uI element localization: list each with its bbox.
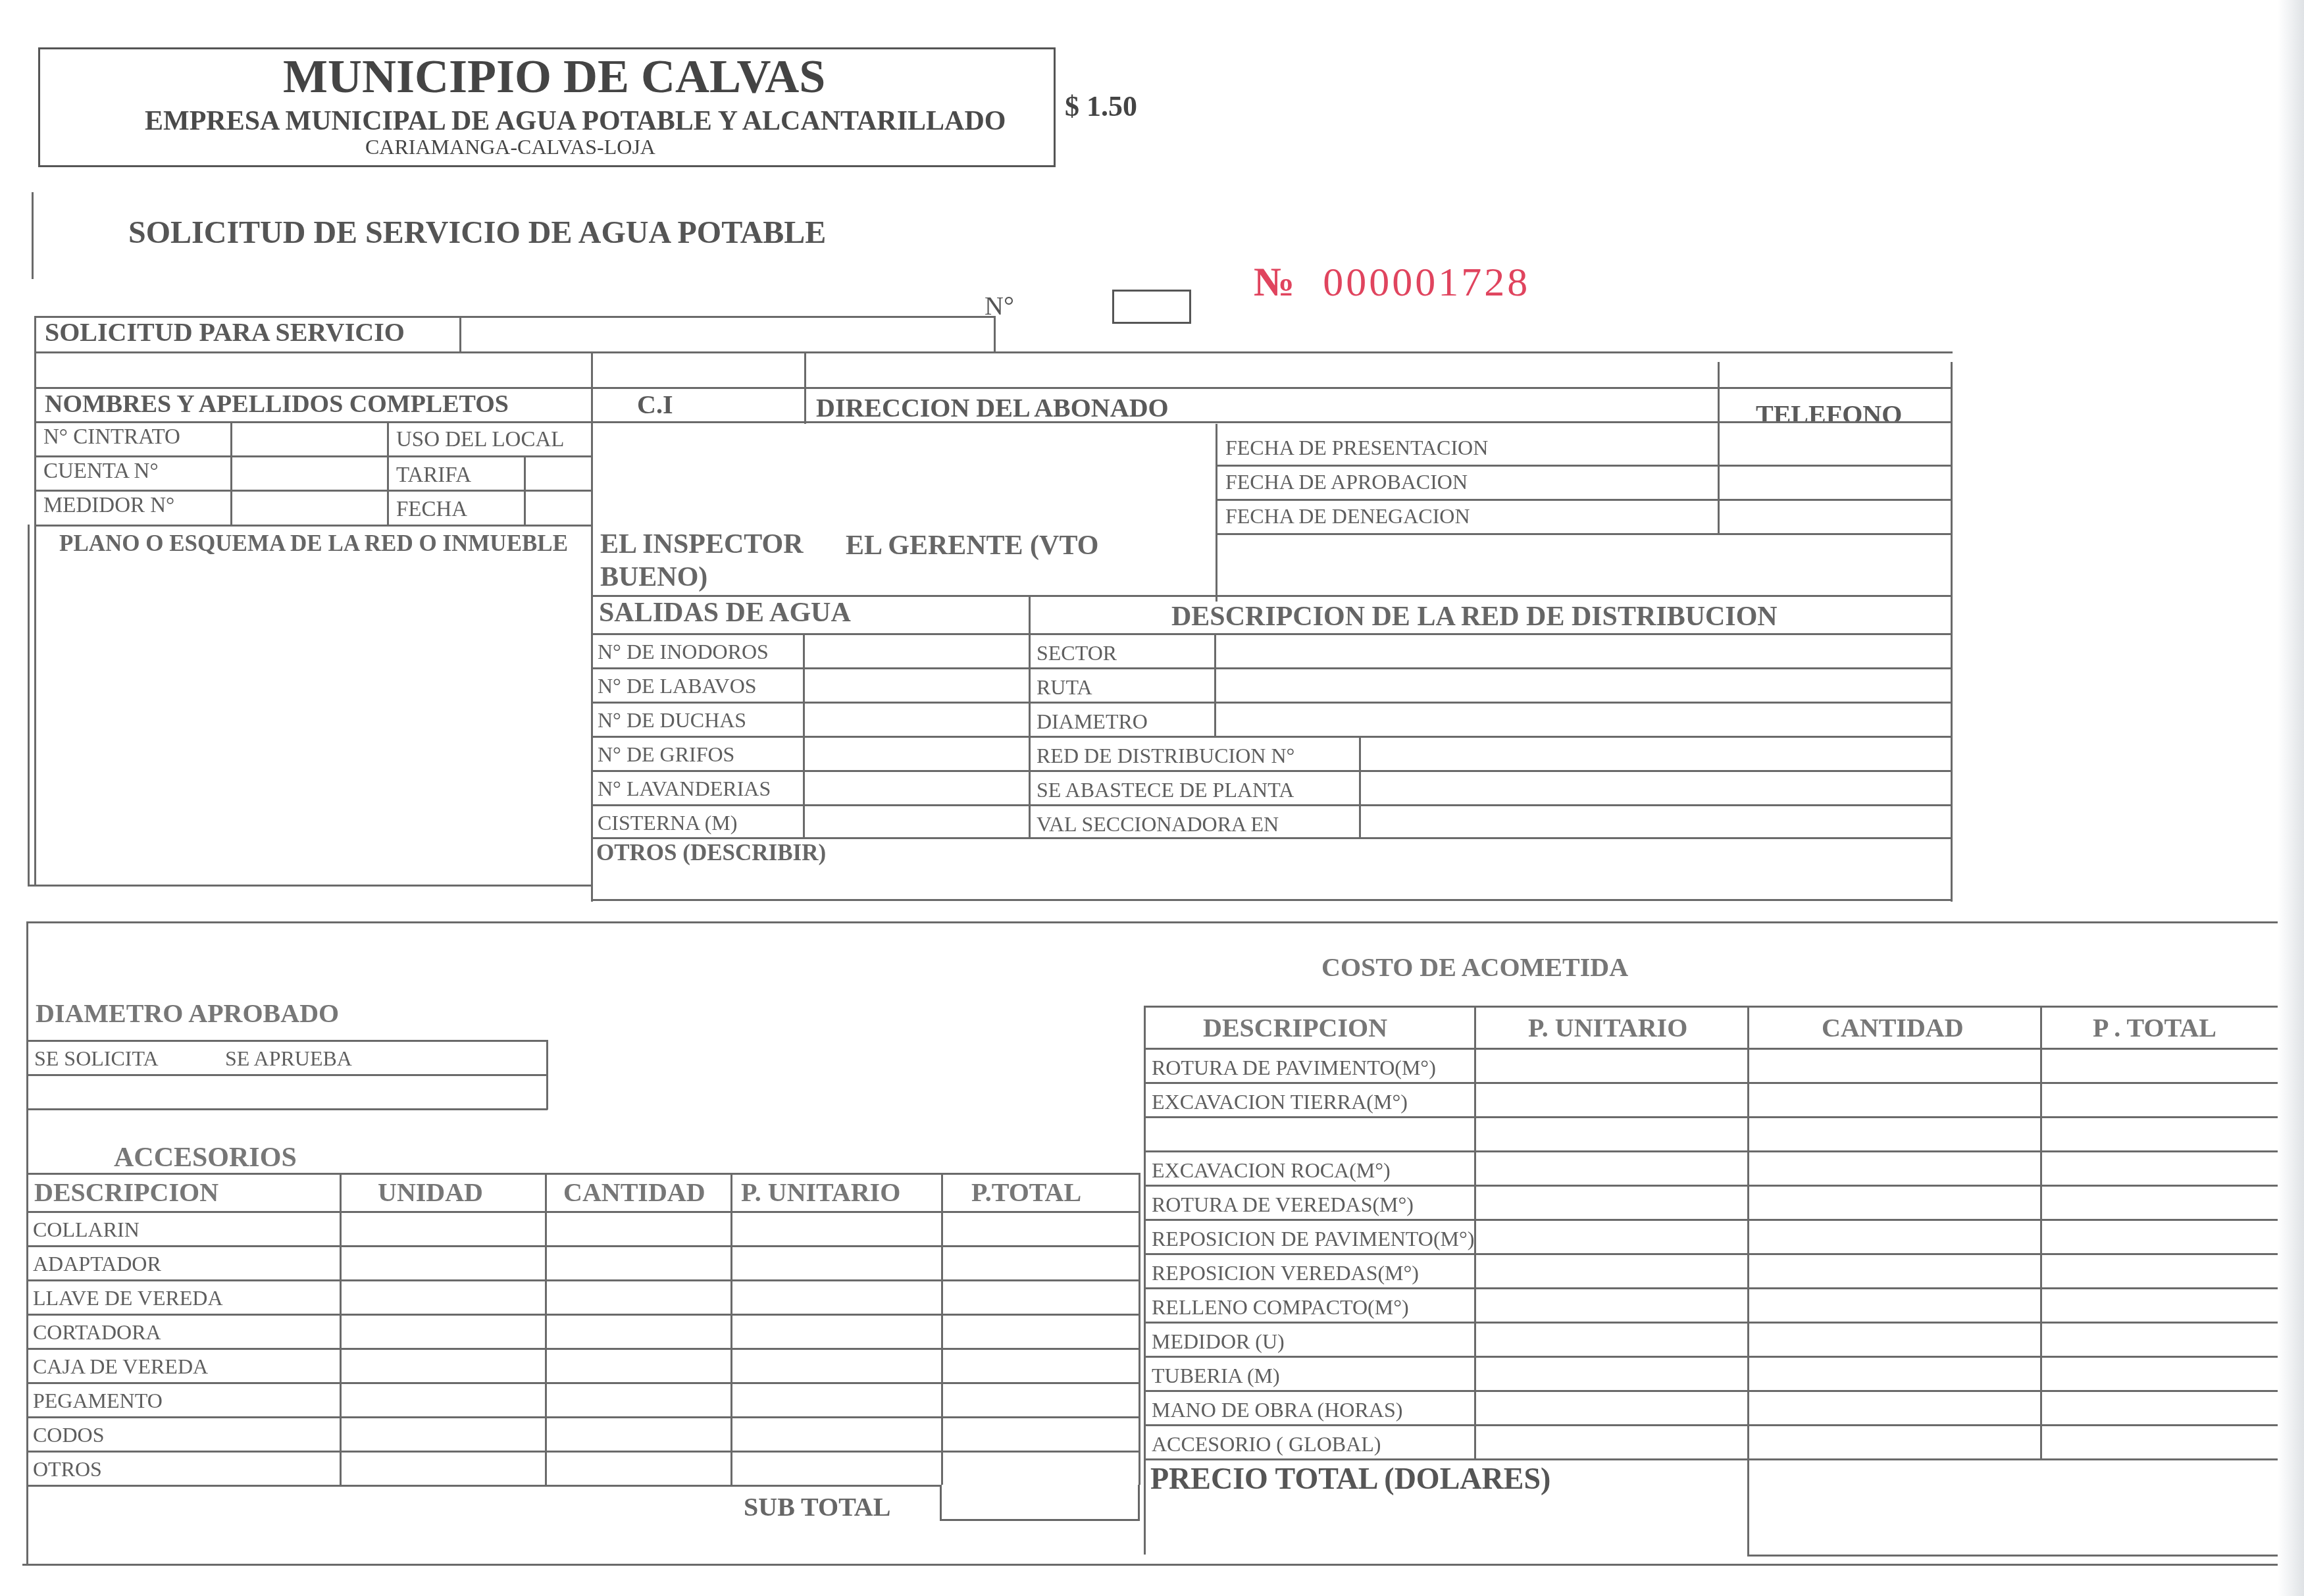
medidor-input[interactable] bbox=[234, 494, 387, 523]
accesorio-cell-input[interactable] bbox=[944, 1454, 1138, 1483]
accesorios-col-header: UNIDAD bbox=[378, 1179, 483, 1206]
accesorio-cell-input[interactable] bbox=[734, 1214, 940, 1243]
accesorio-cell-input[interactable] bbox=[944, 1385, 1138, 1414]
direccion-input[interactable] bbox=[808, 355, 1718, 386]
salida-label: CISTERNA (M) bbox=[598, 812, 737, 833]
accesorio-row-label: OTROS bbox=[33, 1458, 102, 1480]
costo-row-label: RELLENO COMPACTO(M°) bbox=[1152, 1297, 1409, 1318]
accesorio-cell-input[interactable] bbox=[548, 1385, 730, 1414]
contrato-input[interactable] bbox=[234, 425, 387, 454]
ci-label: C.I bbox=[637, 392, 673, 418]
costo-row-label: ROTURA DE VEREDAS(M°) bbox=[1152, 1194, 1414, 1215]
costo-row-label: EXCAVACION TIERRA(M°) bbox=[1152, 1091, 1408, 1112]
salida-input[interactable] bbox=[807, 671, 1029, 701]
costo-cell-input[interactable] bbox=[1751, 1393, 2039, 1422]
red-label: RUTA bbox=[1037, 677, 1092, 698]
accesorios-col-header: P.TOTAL bbox=[971, 1179, 1081, 1206]
accesorio-row-label: CORTADORA bbox=[33, 1322, 161, 1343]
accesorio-cell-input[interactable] bbox=[548, 1214, 730, 1243]
accesorio-row-label: ADAPTADOR bbox=[33, 1253, 161, 1274]
salida-input[interactable] bbox=[807, 739, 1029, 769]
red-input[interactable] bbox=[1218, 705, 1950, 735]
number-label: N° bbox=[985, 293, 1014, 319]
costo-cell-input[interactable] bbox=[2043, 1393, 2278, 1422]
tarifa-input[interactable] bbox=[528, 459, 591, 488]
number-input[interactable] bbox=[1112, 290, 1191, 324]
fecha-presentacion-input[interactable] bbox=[1722, 428, 1951, 463]
otros-describir-label: OTROS (DESCRIBIR) bbox=[596, 841, 826, 864]
red-input[interactable] bbox=[1218, 636, 1950, 667]
red-input[interactable] bbox=[1218, 671, 1950, 701]
fecha-aprobacion-input[interactable] bbox=[1722, 469, 1951, 498]
accesorio-cell-input[interactable] bbox=[548, 1317, 730, 1346]
fecha-input[interactable] bbox=[528, 494, 591, 523]
accesorio-cell-input[interactable] bbox=[343, 1283, 544, 1312]
accesorio-cell-input[interactable] bbox=[548, 1454, 730, 1483]
costo-cell-input[interactable] bbox=[1477, 1428, 1747, 1456]
salida-input[interactable] bbox=[807, 773, 1029, 804]
costo-cell-input[interactable] bbox=[1477, 1325, 1747, 1354]
accesorio-cell-input[interactable] bbox=[944, 1283, 1138, 1312]
accesorio-cell-input[interactable] bbox=[944, 1248, 1138, 1277]
form-title: SOLICITUD DE SERVICIO DE AGUA POTABLE bbox=[128, 217, 826, 249]
cuenta-label: CUENTA N° bbox=[43, 461, 159, 482]
costo-cell-input[interactable] bbox=[2043, 1256, 2278, 1285]
salida-input[interactable] bbox=[807, 636, 1029, 667]
accesorio-cell-input[interactable] bbox=[944, 1420, 1138, 1449]
accesorio-cell-input[interactable] bbox=[734, 1317, 940, 1346]
accesorios-col-header: CANTIDAD bbox=[563, 1179, 705, 1206]
accesorio-cell-input[interactable] bbox=[734, 1454, 940, 1483]
municipality-title: MUNICIPIO DE CALVAS bbox=[283, 53, 825, 100]
accesorio-cell-input[interactable] bbox=[548, 1248, 730, 1277]
salida-label: N° DE LABAVOS bbox=[598, 675, 757, 696]
solicitud-para-servicio-label: SOLICITUD PARA SERVICIO bbox=[45, 319, 405, 346]
salidas-title: SALIDAS DE AGUA bbox=[599, 599, 851, 627]
se-solicita-input[interactable] bbox=[32, 1078, 218, 1108]
costo-cell-input[interactable] bbox=[1751, 1222, 2039, 1251]
costo-cell-input[interactable] bbox=[2043, 1428, 2278, 1456]
se-solicita-label: SE SOLICITA bbox=[34, 1048, 159, 1069]
costo-col-header: CANTIDAD bbox=[1822, 1015, 1964, 1041]
serial-prefix: № bbox=[1254, 260, 1297, 305]
costo-cell-input[interactable] bbox=[2043, 1188, 2278, 1217]
costo-cell-input[interactable] bbox=[1477, 1188, 1747, 1217]
costo-row-label: ROTURA DE PAVIMENTO(M°) bbox=[1152, 1057, 1436, 1078]
costo-row-label: ACCESORIO ( GLOBAL) bbox=[1152, 1433, 1381, 1454]
costo-row-label: REPOSICION DE PAVIMENTO(M°) bbox=[1152, 1228, 1474, 1249]
costo-title: COSTO DE ACOMETIDA bbox=[1321, 954, 1628, 981]
accesorio-cell-input[interactable] bbox=[734, 1248, 940, 1277]
costo-row-label: TUBERIA (M) bbox=[1152, 1365, 1280, 1386]
accesorio-cell-input[interactable] bbox=[343, 1385, 544, 1414]
costo-cell-input[interactable] bbox=[1751, 1051, 2039, 1080]
costo-cell-input[interactable] bbox=[1477, 1393, 1747, 1422]
costo-cell-input[interactable] bbox=[1477, 1222, 1747, 1251]
solicitud-para-servicio-input[interactable] bbox=[462, 319, 995, 351]
costo-cell-input[interactable] bbox=[1751, 1325, 2039, 1354]
direccion-label: DIRECCION DEL ABONADO bbox=[816, 395, 1169, 421]
accesorio-cell-input[interactable] bbox=[548, 1351, 730, 1380]
accesorio-cell-input[interactable] bbox=[734, 1351, 940, 1380]
accesorio-row-label: LLAVE DE VEREDA bbox=[33, 1287, 223, 1308]
costo-cell-input[interactable] bbox=[2043, 1222, 2278, 1251]
accesorio-cell-input[interactable] bbox=[548, 1283, 730, 1312]
costo-cell-input[interactable] bbox=[2043, 1085, 2278, 1114]
contrato-label: N° CINTRATO bbox=[43, 426, 180, 448]
red-input[interactable] bbox=[1363, 773, 1950, 804]
costo-cell-input[interactable] bbox=[1477, 1256, 1747, 1285]
subtotal-input[interactable] bbox=[940, 1485, 1140, 1521]
costo-row-label: MEDIDOR (U) bbox=[1152, 1331, 1285, 1352]
serial-digits: 000001728 bbox=[1323, 260, 1530, 305]
accesorios-col-header: DESCRIPCION bbox=[34, 1179, 218, 1206]
accesorios-title: ACCESORIOS bbox=[114, 1144, 297, 1171]
margin-line bbox=[32, 192, 34, 279]
red-label: VAL SECCIONADORA EN bbox=[1037, 813, 1279, 835]
salida-label: N° DE INODOROS bbox=[598, 641, 769, 662]
fecha-presentacion-label: FECHA DE PRESENTACION bbox=[1225, 437, 1488, 458]
company-name: EMPRESA MUNICIPAL DE AGUA POTABLE Y ALCA… bbox=[145, 107, 1006, 135]
accesorio-cell-input[interactable] bbox=[343, 1248, 544, 1277]
costo-cell-input[interactable] bbox=[2043, 1359, 2278, 1388]
costo-col-header: P. UNITARIO bbox=[1528, 1015, 1687, 1041]
costo-cell-input[interactable] bbox=[2043, 1325, 2278, 1354]
telefono-label: TELEFONO bbox=[1756, 401, 1902, 428]
costo-col-header: P . TOTAL bbox=[2093, 1015, 2216, 1041]
costo-cell-input[interactable] bbox=[2043, 1120, 2278, 1148]
red-label: DIAMETRO bbox=[1037, 711, 1148, 732]
costo-cell-input[interactable] bbox=[1751, 1428, 2039, 1456]
costo-row-label: MANO DE OBRA (HORAS) bbox=[1152, 1399, 1402, 1420]
salida-input[interactable] bbox=[807, 808, 1029, 838]
precio-total-input[interactable] bbox=[1752, 1462, 2278, 1552]
accesorio-cell-input[interactable] bbox=[343, 1351, 544, 1380]
costo-cell-input[interactable] bbox=[1477, 1359, 1747, 1388]
costo-cell-input[interactable] bbox=[1751, 1291, 2039, 1320]
diametro-title: DIAMETRO APROBADO bbox=[36, 1000, 339, 1027]
company-location: CARIAMANGA-CALVAS-LOJA bbox=[365, 136, 655, 157]
accesorio-cell-input[interactable] bbox=[734, 1283, 940, 1312]
red-label: SECTOR bbox=[1037, 642, 1117, 663]
accesorio-row-label: COLLARIN bbox=[33, 1219, 140, 1240]
salida-label: N° DE GRIFOS bbox=[598, 744, 734, 765]
se-aprueba-label: SE APRUEBA bbox=[225, 1048, 352, 1069]
accesorio-cell-input[interactable] bbox=[944, 1351, 1138, 1380]
accesorio-cell-input[interactable] bbox=[343, 1420, 544, 1449]
fecha-aprobacion-label: FECHA DE APROBACION bbox=[1225, 471, 1468, 492]
accesorio-cell-input[interactable] bbox=[734, 1385, 940, 1414]
otros-describir-input[interactable] bbox=[829, 841, 1951, 899]
inspector-label: EL INSPECTOR bbox=[600, 530, 804, 558]
red-input[interactable] bbox=[1363, 739, 1950, 769]
costo-row-label: EXCAVACION ROCA(M°) bbox=[1152, 1160, 1391, 1181]
nombres-input[interactable] bbox=[38, 355, 591, 386]
se-aprueba-input[interactable] bbox=[224, 1078, 548, 1108]
subtotal-label: SUB TOTAL bbox=[744, 1494, 890, 1520]
accesorio-cell-input[interactable] bbox=[343, 1454, 544, 1483]
costo-cell-input[interactable] bbox=[1751, 1120, 2039, 1148]
plano-label: PLANO O ESQUEMA DE LA RED O INMUEBLE bbox=[59, 532, 568, 555]
gerente-label: EL GERENTE (VTO bbox=[846, 532, 1098, 559]
fecha-denegacion-input[interactable] bbox=[1722, 503, 1951, 532]
serial-number: № 000001728 bbox=[1254, 262, 1530, 303]
red-title: DESCRIPCION DE LA RED DE DISTRIBUCION bbox=[1171, 603, 1778, 631]
salida-input[interactable] bbox=[807, 705, 1029, 735]
accesorio-row-label: CODOS bbox=[33, 1424, 104, 1445]
costo-cell-input[interactable] bbox=[1477, 1085, 1747, 1114]
salida-label: N° DE DUCHAS bbox=[598, 709, 746, 731]
paper-edge bbox=[2278, 0, 2304, 1596]
medidor-label: MEDIDOR N° bbox=[43, 495, 174, 517]
precio-total-label: PRECIO TOTAL (DOLARES) bbox=[1150, 1464, 1550, 1494]
accesorio-cell-input[interactable] bbox=[343, 1214, 544, 1243]
nombres-label: NOMBRES Y APELLIDOS COMPLETOS bbox=[45, 392, 509, 417]
accesorio-cell-input[interactable] bbox=[944, 1214, 1138, 1243]
costo-cell-input[interactable] bbox=[1751, 1188, 2039, 1217]
costo-cell-input[interactable] bbox=[1477, 1154, 1747, 1183]
fecha-label: FECHA bbox=[396, 499, 467, 521]
costo-cell-input[interactable] bbox=[1751, 1359, 2039, 1388]
accesorio-cell-input[interactable] bbox=[548, 1420, 730, 1449]
accesorio-cell-input[interactable] bbox=[734, 1420, 940, 1449]
costo-cell-input[interactable] bbox=[2043, 1051, 2278, 1080]
costo-cell-input[interactable] bbox=[2043, 1154, 2278, 1183]
red-label: RED DE DISTRIBUCION N° bbox=[1037, 745, 1294, 766]
ci-input[interactable] bbox=[595, 355, 804, 386]
costo-cell-input[interactable] bbox=[1751, 1256, 2039, 1285]
costo-col-header: DESCRIPCION bbox=[1203, 1015, 1387, 1041]
salida-label: N° LAVANDERIAS bbox=[598, 778, 771, 799]
costo-cell-input[interactable] bbox=[2043, 1291, 2278, 1320]
uso-local-label: USO DEL LOCAL bbox=[396, 429, 564, 451]
costo-cell-input[interactable] bbox=[1751, 1154, 2039, 1183]
telefono-input[interactable] bbox=[1722, 366, 1951, 395]
fecha-denegacion-label: FECHA DE DENEGACION bbox=[1225, 505, 1470, 527]
red-input[interactable] bbox=[1363, 808, 1950, 838]
accesorios-col-header: P. UNITARIO bbox=[741, 1179, 900, 1206]
accesorio-cell-input[interactable] bbox=[944, 1317, 1138, 1346]
tarifa-label: TARIFA bbox=[396, 465, 471, 486]
costo-row-label: REPOSICION VEREDAS(M°) bbox=[1152, 1262, 1419, 1283]
red-label: SE ABASTECE DE PLANTA bbox=[1037, 779, 1294, 800]
costo-cell-input[interactable] bbox=[1751, 1085, 2039, 1114]
cuenta-input[interactable] bbox=[234, 459, 387, 488]
accesorio-row-label: PEGAMENTO bbox=[33, 1390, 163, 1411]
costo-cell-input[interactable] bbox=[1477, 1120, 1747, 1148]
form-price: $ 1.50 bbox=[1065, 92, 1137, 121]
gerente-label-2: BUENO) bbox=[600, 563, 707, 591]
accesorio-cell-input[interactable] bbox=[343, 1317, 544, 1346]
accesorio-row-label: CAJA DE VEREDA bbox=[33, 1356, 208, 1377]
costo-cell-input[interactable] bbox=[1477, 1051, 1747, 1080]
costo-cell-input[interactable] bbox=[1477, 1291, 1747, 1320]
